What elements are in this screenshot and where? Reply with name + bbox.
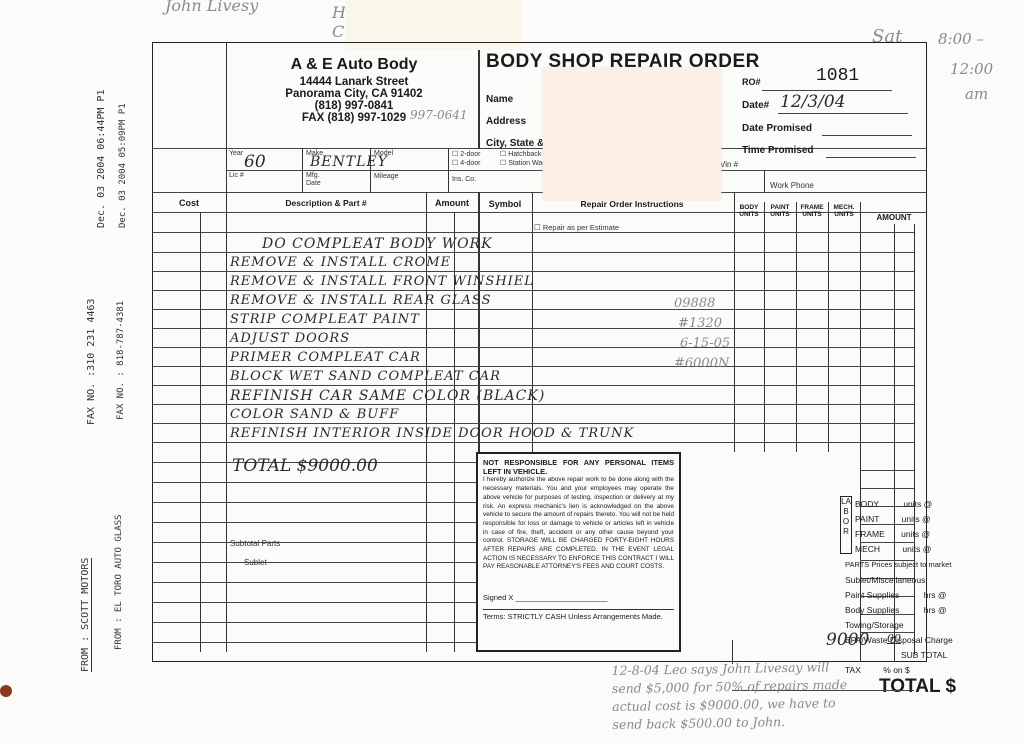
labor-mech: MECH units @ — [855, 544, 931, 554]
col-paint-units: PAINT UNITS — [764, 204, 796, 218]
ins-co-label: Ins. Co. — [452, 176, 476, 183]
line-item: REFINISH INTERIOR INSIDE DOOR HOOD & TRU… — [230, 426, 634, 441]
option-4-door[interactable]: ☐ 4-door — [452, 159, 480, 167]
ro-number: 1081 — [816, 66, 859, 86]
line-item: PRIMER COMPLEAT CAR — [230, 350, 421, 365]
col-amount-right: AMOUNT — [862, 213, 926, 222]
date-value: 12/3/04 — [780, 92, 846, 112]
col-mech-units: MECH. UNITS — [828, 204, 860, 218]
fax-date-line-2: Dec. 03 2004 05:09PM P1 — [118, 103, 128, 228]
line-item: STRIP COMPLEAT PAINT — [230, 312, 420, 327]
time-promised-label: Time Promised — [742, 145, 814, 156]
mileage-label: Mileage — [374, 173, 399, 180]
line-item: REFINISH CAR SAME COLOR (BLACK) — [230, 388, 545, 404]
schedule-note-end: 12:00 — [950, 60, 993, 78]
sublet-label: Sublet — [244, 558, 267, 567]
repair-order-form: A & E Auto Body 14444 Lanark Street Pano… — [152, 42, 927, 662]
ro-label: RO# — [742, 77, 761, 87]
side-note: #1320 — [678, 316, 722, 331]
fax-from-line-2: FROM : EL TORO AUTO GLASS — [114, 515, 124, 650]
vin-label: Vin # — [720, 160, 738, 169]
signature-line[interactable]: Signed X ______________________ — [483, 594, 674, 603]
line-item: REMOVE & INSTALL CROME — [230, 255, 451, 270]
total-value: 9000 — [826, 630, 869, 650]
redaction-sticky-note — [543, 68, 721, 200]
fax-date-line-1: Dec. 03 2004 06:44PM P1 — [96, 90, 107, 228]
labor-sublet: Sublet/Miscellaneous — [845, 575, 925, 585]
line-item: BLOCK WET SAND COMPLEAT CAR — [230, 369, 501, 384]
line-item: COLOR SAND & BUFF — [230, 407, 399, 422]
labor-tax: TAX % on $ — [845, 665, 910, 675]
year-label: Year — [229, 150, 243, 157]
schedule-note-ampm: am — [965, 85, 988, 103]
handwritten-total: TOTAL $9000.00 — [232, 456, 378, 476]
line-item: ADJUST DOORS — [230, 331, 350, 346]
fax-from-line-1: FROM : SCOTT MOTORS — [80, 558, 92, 672]
side-note: #6000N — [674, 356, 729, 371]
col-cost: Cost — [152, 198, 226, 208]
fax-number-line-2: FAX NO. : 818-787-4381 — [116, 301, 126, 420]
col-symbol: Symbol — [480, 199, 530, 209]
shop-name: A & E Auto Body — [232, 56, 476, 74]
line-item: REMOVE & INSTALL FRONT WINSHIEL — [230, 274, 534, 289]
schedule-note-start: 8:00 – — [938, 30, 984, 48]
shop-phone-pencil-note: 997-0641 — [410, 108, 468, 122]
city-state-label: City, State & — [486, 138, 544, 149]
labor-frame: FRAME units @ — [855, 529, 930, 539]
side-note: 09888 — [674, 296, 715, 311]
model-label: Model — [374, 150, 393, 157]
option-hatchback[interactable]: ☐ Hatchback — [500, 150, 541, 158]
legal-heading: NOT RESPONSIBLE FOR ANY PERSONAL ITEMS L… — [483, 459, 674, 476]
terms-text: Terms: STRICTLY CASH Unless Arrangements… — [483, 609, 674, 622]
bottom-note-line: send back $500.00 to John. — [612, 712, 848, 734]
col-body-units: BODY UNITS — [734, 204, 764, 218]
labor-towing: Towing/Storage — [845, 620, 904, 630]
address-label: Address — [486, 116, 526, 127]
total-label: TOTAL $ — [879, 676, 956, 698]
repair-as-estimate-checkbox[interactable]: ☐ Repair as per Estimate — [534, 223, 619, 232]
work-phone-label: Work Phone — [770, 181, 814, 190]
labor-subtotal: SUB TOTAL — [901, 650, 947, 660]
labor-parts: PARTS Prices subject to market — [845, 560, 951, 569]
col-instructions: Repair Order Instructions — [532, 199, 732, 209]
shop-city: Panorama City, CA 91402 — [232, 88, 476, 100]
col-amount: Amount — [426, 198, 478, 208]
labor-body-supplies: Body Supplies hrs @ — [845, 605, 947, 615]
option-2-door[interactable]: ☐ 2-door — [452, 150, 480, 158]
side-note: 6-15-05 — [680, 336, 730, 351]
pencil-name-note: John Livesy — [165, 0, 258, 15]
line-item: DO COMPLEAT BODY WORK — [262, 236, 493, 252]
shop-street: 14444 Lanark Street — [232, 76, 476, 88]
mfg-date-label: Mfg. Date — [306, 172, 336, 188]
name-label: Name — [486, 94, 513, 105]
legal-body: I hereby authorize the above repair work… — [483, 476, 674, 572]
labor-side-label: LABOR — [840, 496, 852, 554]
date-label: Date# — [742, 100, 769, 111]
pencil-letter-c: C — [332, 22, 344, 41]
bottom-handwritten-note: 12-8-04 Leo says John Livesay will send … — [611, 658, 848, 734]
date-promised-label: Date Promised — [742, 123, 812, 134]
total-cents: 00 — [887, 632, 901, 645]
subtotal-parts-label: Subtotal Parts — [230, 539, 280, 548]
labor-summary: LABOR BODY units @ PAINT units @ FRAME u… — [837, 494, 974, 694]
stain-mark — [0, 685, 12, 697]
labor-paint: PAINT units @ — [855, 514, 931, 524]
col-frame-units: FRAME UNITS — [797, 204, 827, 218]
fax-number-line-1: FAX NO. :310 231 4463 — [86, 299, 97, 425]
labor-paint-supplies: Paint Supplies hrs @ — [845, 590, 947, 600]
col-description: Description & Part # — [226, 198, 426, 208]
lic-label: Lic # — [229, 172, 244, 179]
line-item: REMOVE & INSTALL REAR GLASS — [230, 293, 491, 308]
legal-disclaimer: NOT RESPONSIBLE FOR ANY PERSONAL ITEMS L… — [476, 452, 681, 652]
pencil-letter-h: H — [332, 3, 346, 22]
labor-body: BODY units @ — [855, 499, 932, 509]
year-value: 60 — [244, 152, 266, 172]
